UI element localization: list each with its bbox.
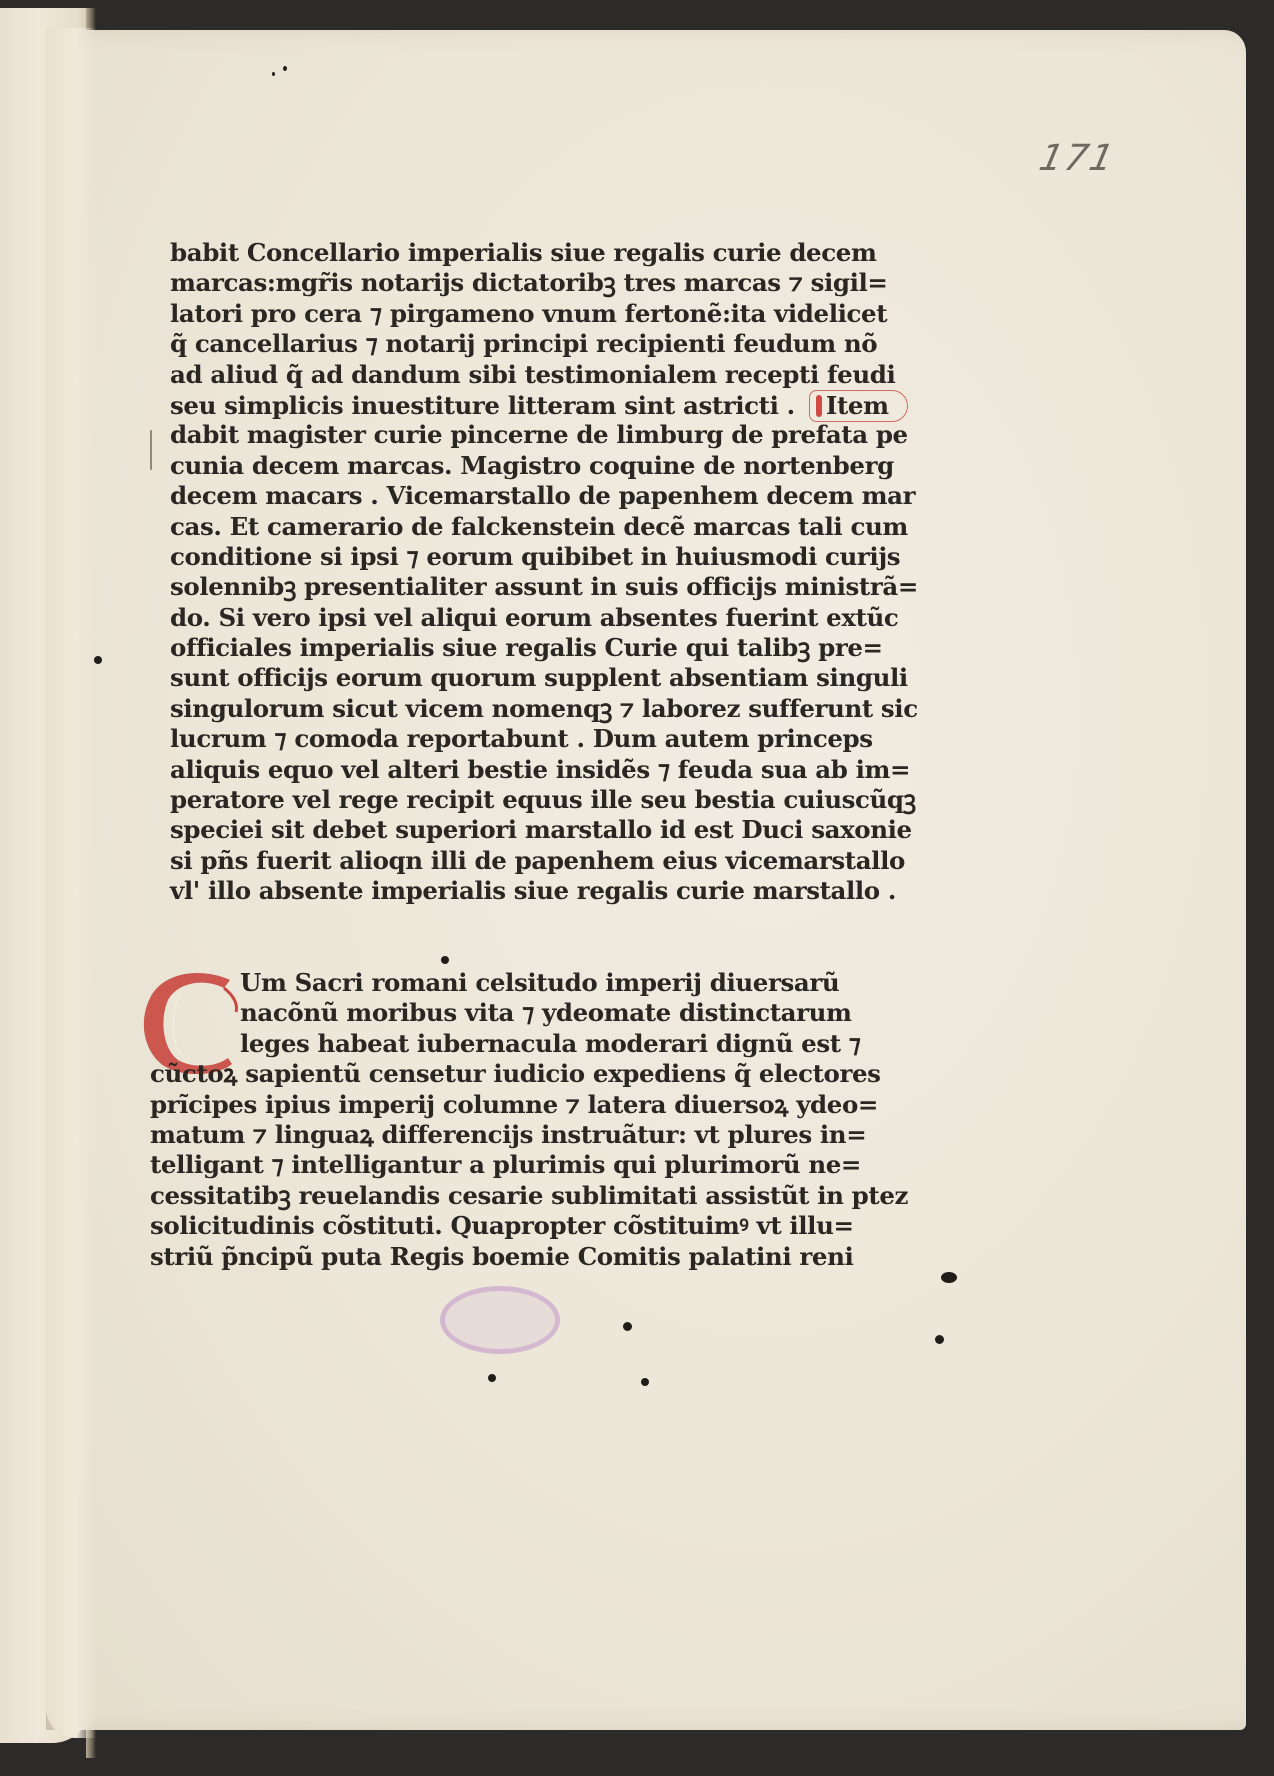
text-line: telligant ⁊ intelligantur a plurimis qui…: [150, 1150, 810, 1180]
text-line: prĩcipes ipius imperij columne ⁊ latera …: [150, 1090, 810, 1120]
text-line: q̃ cancellarius ⁊ notarij principi recip…: [170, 329, 830, 359]
text-line: nacõnũ moribus vita ⁊ ydeomate distincta…: [150, 998, 810, 1028]
text-line: singulorum sicut vicem nomenqꝫ ⁊ laborez…: [170, 694, 830, 724]
text-line: decem macars . Vicemarstallo de papenhem…: [170, 481, 830, 511]
ink-dot: [94, 656, 102, 664]
text-line: babit Concellario imperialis siue regali…: [170, 238, 830, 268]
text-line: aliquis equo vel alteri bestie insidẽs ⁊…: [170, 755, 830, 785]
text-line: cũctoꝝ sapientũ censetur iudicio expedie…: [150, 1059, 810, 1089]
text-line: si pñs fuerit alioqn illi de papenhem ei…: [170, 846, 830, 876]
page-inner-margin: [46, 28, 96, 1738]
ink-dot: [935, 1335, 944, 1344]
margin-bracket-mark: [150, 430, 152, 470]
text-line: cas. Et camerario de falckenstein decẽ m…: [170, 512, 830, 542]
text-line-content: seu simplicis inuestiture litteram sint …: [170, 391, 795, 420]
text-line: solennibꝫ presentialiter assunt in suis …: [170, 572, 830, 602]
ink-dot: [623, 1322, 632, 1331]
ink-dot: [488, 1374, 496, 1382]
text-line: speciei sit debet superiori marstallo id…: [170, 815, 830, 845]
text-line: dabit magister curie pincerne de limburg…: [170, 420, 830, 450]
text-block-2: Um Sacri romani celsitudo imperij diuers…: [150, 968, 810, 1272]
ink-dot: [283, 66, 287, 71]
text-block-1: babit Concellario imperialis siue regali…: [170, 238, 830, 907]
text-line: Um Sacri romani celsitudo imperij diuers…: [150, 968, 810, 998]
text-line: marcas:mgr̃is notarijs dictatoribꝫ tres …: [170, 268, 830, 298]
text-line: striũ p̃ncipũ puta Regis boemie Comitis …: [150, 1242, 810, 1272]
ink-dot: [272, 72, 275, 76]
text-line: officiales imperialis siue regalis Curie…: [170, 633, 830, 663]
text-line: matum ⁊ linguaꝝ differencijs instruãtur:…: [150, 1120, 810, 1150]
text-line: ad aliud q̃ ad dandum sibi testimonialem…: [170, 360, 830, 390]
text-line: leges habeat iubernacula moderari dignũ …: [150, 1029, 810, 1059]
library-stamp: [440, 1286, 560, 1354]
text-line: do. Si vero ipsi vel aliqui eorum absent…: [170, 603, 830, 633]
ink-dot: [641, 1378, 649, 1386]
text-line: peratore vel rege recipit equus ille seu…: [170, 785, 830, 815]
text-line: sunt officijs eorum quorum supplent abse…: [170, 663, 830, 693]
text-line-with-item: seu simplicis inuestiture litteram sint …: [170, 390, 830, 420]
text-line: cunia decem marcas. Magistro coquine de …: [170, 451, 830, 481]
text-line: solicitudinis cõstituti. Quapropter cõst…: [150, 1211, 810, 1241]
text-line: vl' illo absente imperialis siue regalis…: [170, 876, 830, 906]
text-line: lucrum ⁊ comoda reportabunt . Dum autem …: [170, 724, 830, 754]
ink-dot: [941, 1272, 957, 1283]
text-line: cessitatibꝫ reuelandis cesarie sublimita…: [150, 1181, 810, 1211]
text-line: conditione si ipsi ⁊ eorum quibibet in h…: [170, 542, 830, 572]
rubricated-item-marker: Item: [809, 390, 908, 422]
text-line: latori pro cera ⁊ pirgameno vnum fertonẽ…: [170, 299, 830, 329]
folio-number: 171: [1036, 138, 1119, 179]
ink-dot: [441, 956, 449, 964]
